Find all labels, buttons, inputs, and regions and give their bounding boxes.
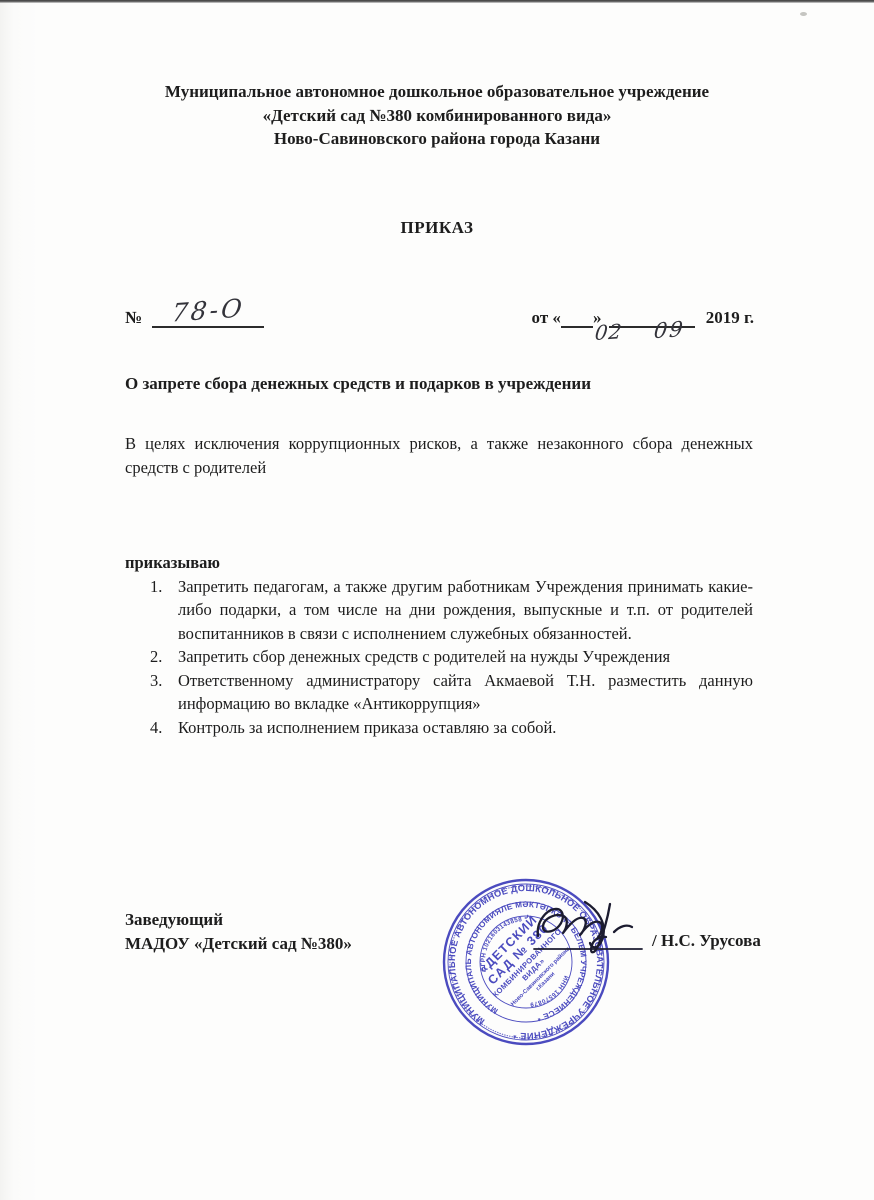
order-meta-row: № 78-О от « 02 » 09 2019 г. bbox=[125, 296, 754, 328]
org-header-line-3: Ново-Савиновского района города Казани bbox=[60, 127, 814, 151]
handwritten-order-number: 78-О bbox=[170, 293, 246, 327]
date-year-label: 2019 г. bbox=[701, 308, 754, 328]
decree-list: Запретить педагогам, а также другим рабо… bbox=[125, 575, 753, 740]
decree-word: приказываю bbox=[125, 551, 753, 575]
decree-item-4: Контроль за исполнением приказа оставляю… bbox=[178, 716, 753, 740]
signature-org: МАДОУ «Детский сад №380» bbox=[125, 932, 352, 956]
org-header-line-1: Муниципальное автономное дошкольное обра… bbox=[60, 80, 814, 104]
scan-dust-speck bbox=[800, 12, 807, 16]
date-open-label: от « bbox=[532, 308, 561, 328]
order-number-label: № bbox=[125, 308, 142, 328]
decree-item-2: Запретить сбор денежных средств с родите… bbox=[178, 645, 753, 669]
signatory-name: / Н.С. Урусова bbox=[652, 931, 761, 951]
order-number-group: № 78-О bbox=[125, 296, 264, 328]
handwritten-month: 09 bbox=[653, 317, 686, 343]
scanned-order-page: Муниципальное автономное дошкольное обра… bbox=[0, 0, 874, 1200]
org-header: Муниципальное автономное дошкольное обра… bbox=[60, 80, 814, 151]
decree-item-1: Запретить педагогам, а также другим рабо… bbox=[178, 575, 753, 646]
order-date-group: от « 02 » 09 2019 г. bbox=[532, 298, 754, 328]
org-header-line-2: «Детский сад №380 комбинированного вида» bbox=[60, 104, 814, 128]
order-preamble: В целях исключения коррупционных рисков,… bbox=[125, 432, 753, 479]
order-number-line: 78-О bbox=[152, 296, 264, 328]
date-day-line: 02 bbox=[561, 300, 593, 328]
order-title: ПРИКАЗ bbox=[0, 218, 874, 238]
handwritten-day: 02 bbox=[594, 319, 624, 345]
signature-block: Заведующий МАДОУ «Детский сад №380» bbox=[125, 908, 352, 955]
scan-top-edge bbox=[0, 0, 874, 3]
decree-item-3: Ответственному администратору сайта Акма… bbox=[178, 669, 753, 716]
signature-position: Заведующий bbox=[125, 908, 352, 932]
decree-section: приказываю Запретить педагогам, а также … bbox=[125, 551, 753, 739]
signature-scribble bbox=[528, 892, 648, 964]
order-subject: О запрете сбора денежных средств и подар… bbox=[125, 374, 753, 394]
